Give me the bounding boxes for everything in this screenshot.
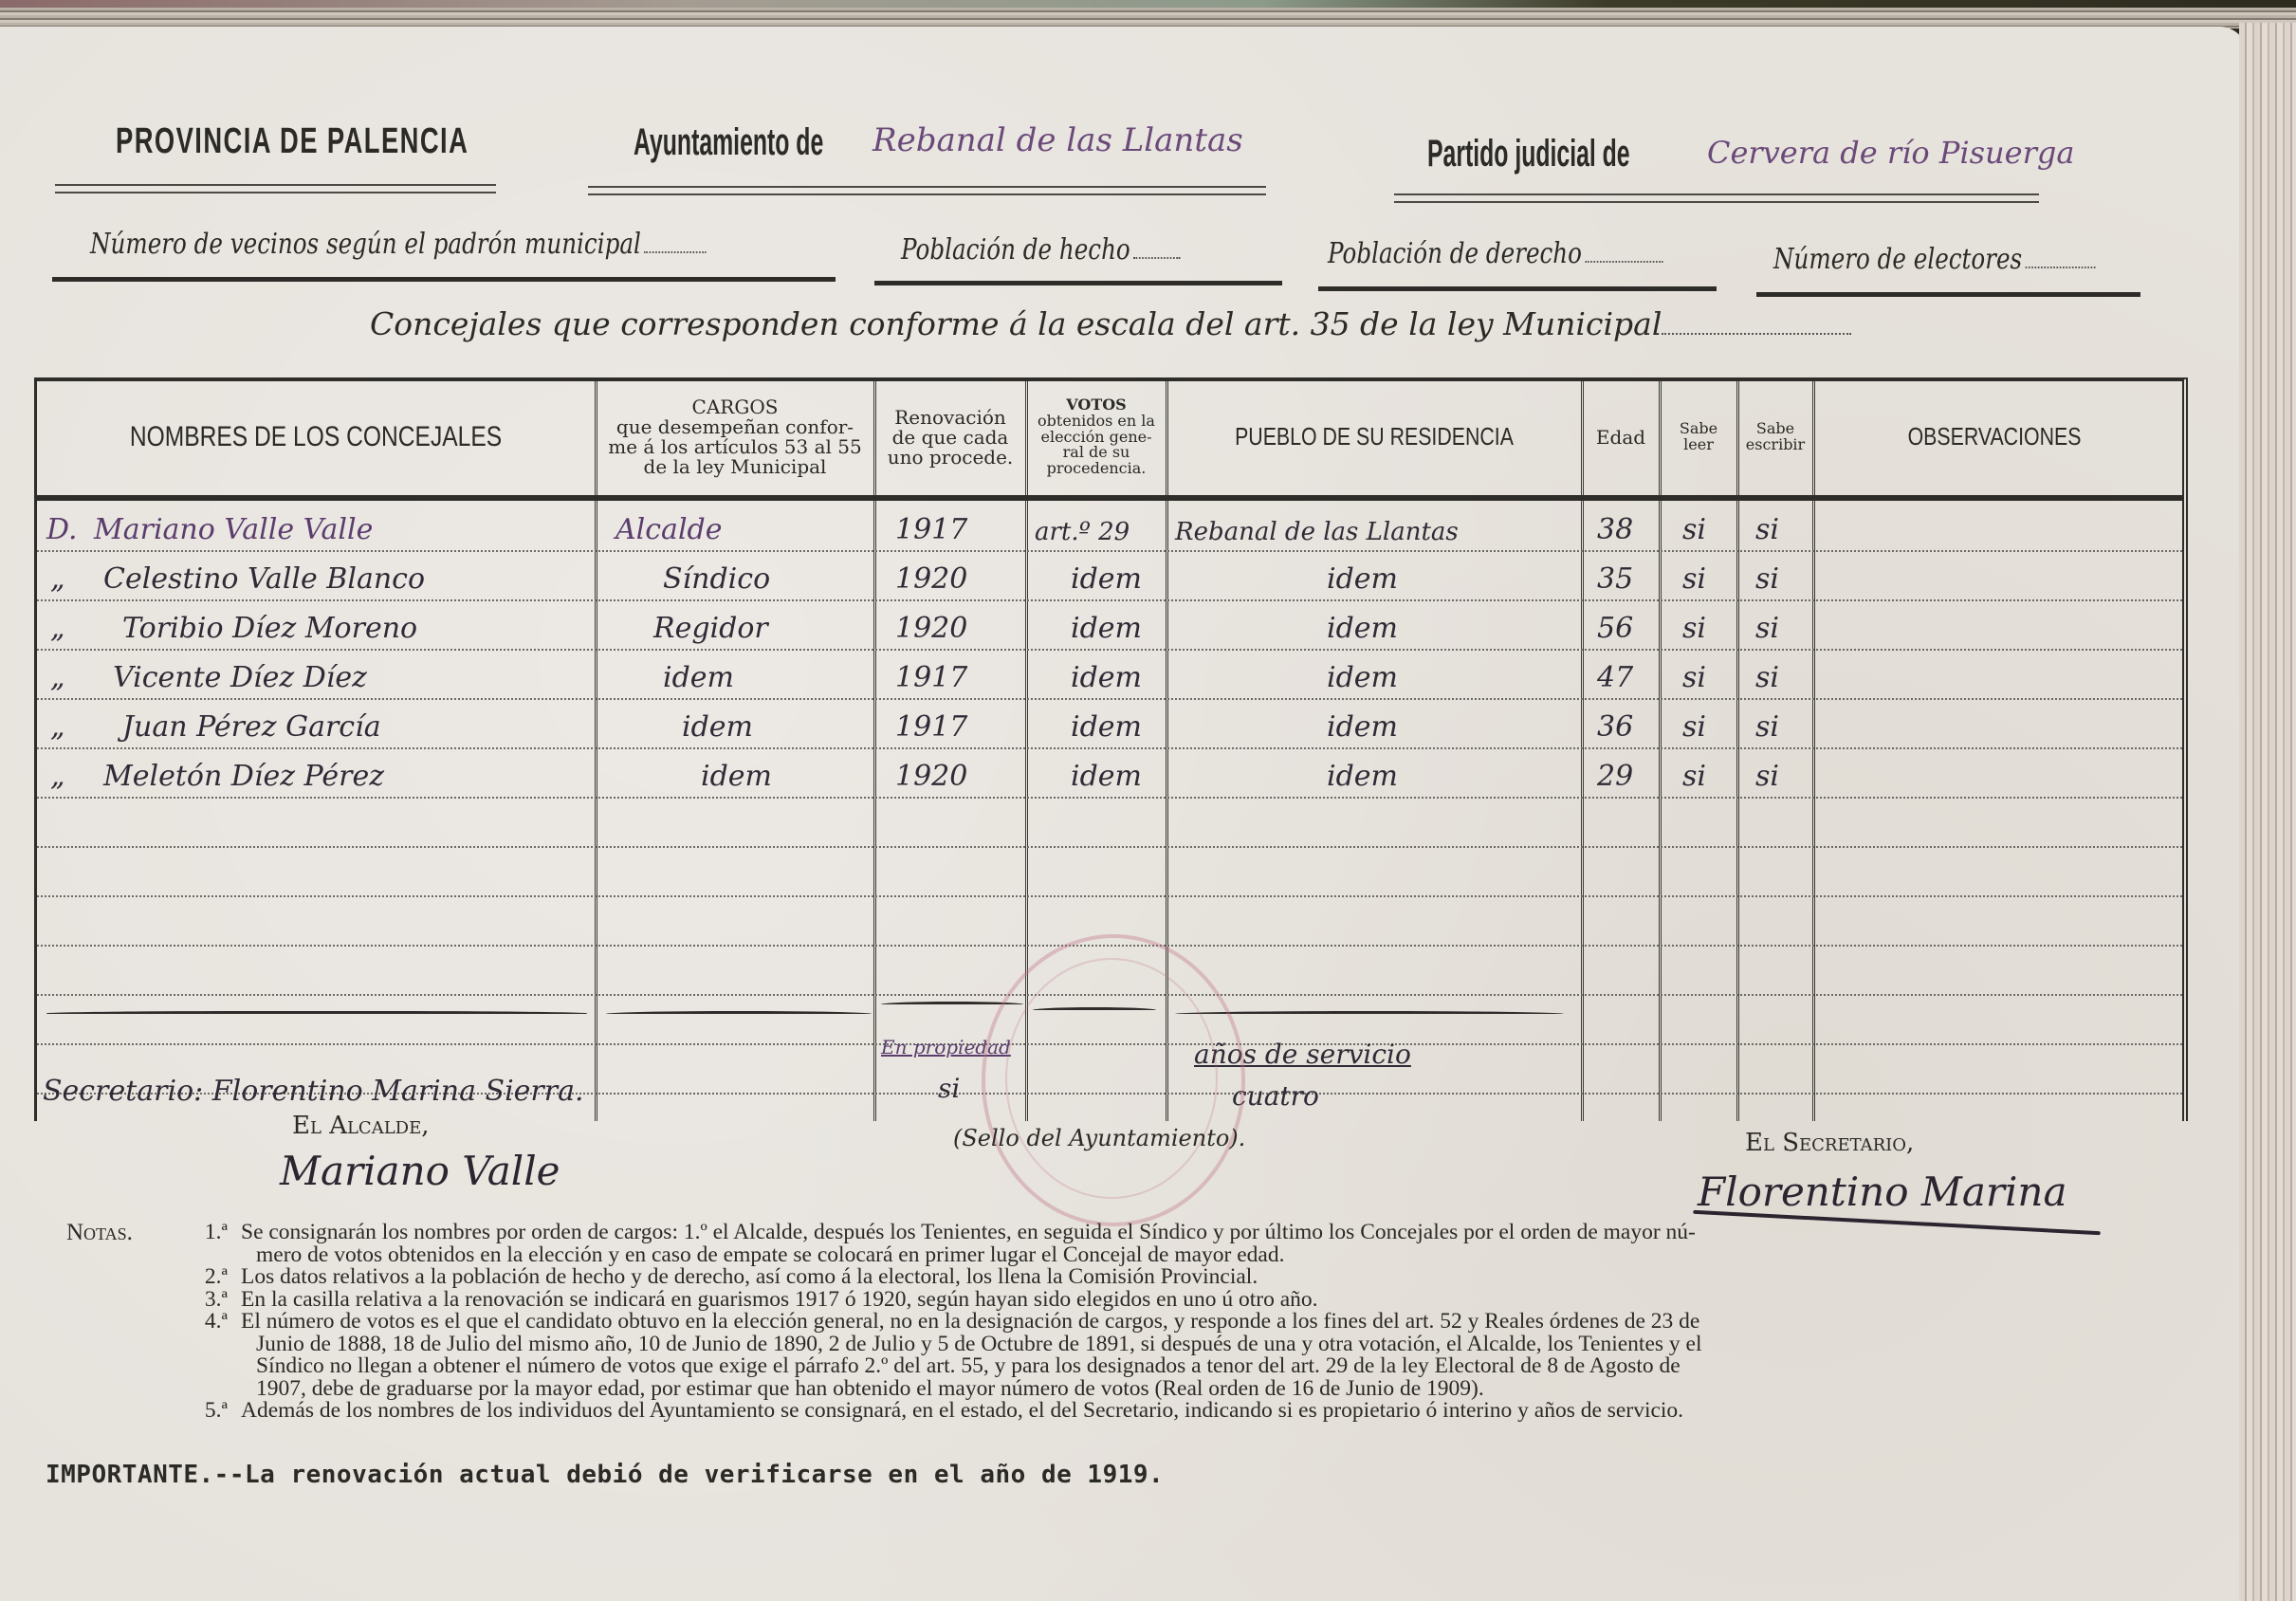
votos: idem: [1071, 651, 1142, 698]
renovacion: 1920: [895, 552, 967, 599]
cargo: idem: [663, 651, 734, 698]
header-observaciones: OBSERVACIONES: [1846, 381, 2142, 493]
pueblo: idem: [1327, 651, 1398, 698]
renovacion: 1917: [895, 503, 967, 550]
header-sabe-escribir: Sabe escribir: [1738, 381, 1812, 493]
secretario-signature: Florentino Marina: [1698, 1169, 2066, 1215]
electores-field: Número de electores: [1773, 243, 2095, 276]
votos: idem: [1071, 700, 1142, 747]
note-1: Notas. 1.ª Se consignarán los nombres po…: [66, 1222, 2172, 1244]
renovacion: 1920: [895, 749, 967, 797]
pueblo: idem: [1327, 601, 1398, 649]
ayuntamiento-label: Ayuntamiento de: [634, 121, 823, 164]
poblacion-hecho-field: Población de hecho: [901, 233, 1180, 267]
note-5: 5.ª Además de los nombres de los individ…: [66, 1400, 2172, 1423]
renovacion: 1920: [895, 601, 967, 649]
divider: [1394, 193, 2039, 203]
note-4: 4.ª El número de votos es el que el cand…: [66, 1311, 2172, 1334]
strike-line: [46, 1011, 587, 1017]
edad: 56: [1597, 601, 1633, 649]
table-row: „ Vicente Díez Díez idem 1917 idem idem …: [37, 651, 2182, 700]
importante-notice: IMPORTANTE.--La renovación actual debió …: [46, 1461, 1164, 1489]
sabe-leer: si: [1682, 651, 1706, 698]
alcalde-label: El Alcalde,: [292, 1112, 430, 1140]
header-votos: VOTOS obtenidos en la elección gene- ral…: [1027, 381, 1166, 493]
table-row-empty: [37, 848, 2182, 897]
table-row: „ Celestino Valle Blanco Síndico 1920 id…: [37, 552, 2182, 601]
divider: [1756, 292, 2140, 297]
sabe-leer: si: [1682, 503, 1706, 550]
votos: idem: [1071, 749, 1142, 797]
divider: [52, 277, 836, 282]
divider: [1318, 286, 1717, 291]
edad: 35: [1597, 552, 1633, 599]
edad: 38: [1597, 503, 1633, 550]
poblacion-derecho-field: Población de derecho: [1328, 237, 1662, 270]
nombre: Meletón Díez Pérez: [103, 749, 384, 797]
nombre: Celestino Valle Blanco: [103, 552, 425, 599]
sabe-escribir: si: [1755, 651, 1779, 698]
concejales-escala: Concejales que corresponden conforme á l…: [370, 305, 1851, 342]
pueblo: idem: [1327, 700, 1398, 747]
sabe-leer: si: [1682, 552, 1706, 599]
page-edges-top: [0, 8, 2296, 28]
strike-line: [1175, 1011, 1564, 1017]
note-2: 2.ª Los datos relativos a la población d…: [66, 1266, 2172, 1289]
divider: [874, 281, 1282, 285]
renovacion: 1917: [895, 651, 967, 698]
edad: 36: [1597, 700, 1633, 747]
header-rule: [37, 495, 2182, 501]
header-sabe-leer: Sabe leer: [1661, 381, 1736, 493]
alcalde-signature: Mariano Valle: [280, 1148, 560, 1194]
cargo: Regidor: [653, 601, 768, 649]
votos: art.º 29: [1035, 503, 1130, 550]
nombre: Toribio Díez Moreno: [122, 601, 417, 649]
sabe-escribir: si: [1755, 552, 1779, 599]
ayuntamiento-value: Rebanal de las Llantas: [872, 121, 1243, 159]
table-row: „ Toribio Díez Moreno Regidor 1920 idem …: [37, 601, 2182, 651]
pueblo: Rebanal de las Llantas: [1175, 503, 1459, 550]
table-row-empty: [37, 799, 2182, 848]
pueblo: idem: [1327, 552, 1398, 599]
sabe-escribir: si: [1755, 749, 1779, 797]
propiedad-value: si: [938, 1060, 960, 1108]
header-pueblo: PUEBLO DE SU RESIDENCIA: [1204, 381, 1544, 493]
note-3: 3.ª En la casilla relativa a la renovaci…: [66, 1289, 2172, 1312]
divider: [588, 186, 1266, 195]
votos: idem: [1071, 601, 1142, 649]
sabe-leer: si: [1682, 700, 1706, 747]
vecinos-field: Número de vecinos según el padrón munici…: [90, 228, 707, 261]
sabe-leer: si: [1682, 749, 1706, 797]
notes-section: Notas. 1.ª Se consignarán los nombres po…: [66, 1222, 2172, 1423]
secretario-label: El Secretario,: [1745, 1129, 1914, 1157]
strike-line: [606, 1011, 872, 1017]
votos: idem: [1071, 552, 1142, 599]
table-row: „ Juan Pérez García idem 1917 idem idem …: [37, 700, 2182, 749]
nombre: Juan Pérez García: [122, 700, 381, 747]
header-cargos: CARGOS que desempeñan confor- me á los a…: [597, 381, 873, 493]
renovacion: 1917: [895, 700, 967, 747]
header-nombres: NOMBRES DE LOS CONCEJALES: [87, 381, 544, 493]
cargo: Alcalde: [615, 503, 723, 550]
sabe-escribir: si: [1755, 503, 1779, 550]
sello-caption: (Sello del Ayuntamiento).: [953, 1125, 1245, 1151]
nombre: Vicente Díez Díez: [113, 651, 367, 698]
pueblo: idem: [1327, 749, 1398, 797]
cargo: Síndico: [663, 552, 770, 599]
partido-value: Cervera de río Pisuerga: [1707, 135, 2074, 171]
edad: 47: [1597, 651, 1633, 698]
header-edad: Edad: [1583, 381, 1659, 493]
table-row: D. Mariano Valle Valle Alcalde 1917 art.…: [37, 503, 2182, 552]
edad: 29: [1597, 749, 1633, 797]
ayuntamiento-seal-inner: [1005, 958, 1218, 1199]
header-renovacion: Renovación de que cada uno procede.: [875, 381, 1025, 493]
page-edges-right: [2239, 23, 2296, 1601]
table-row: „ Meletón Díez Pérez idem 1920 idem idem…: [37, 749, 2182, 799]
sabe-escribir: si: [1755, 700, 1779, 747]
cargo: idem: [682, 700, 753, 747]
cargo: idem: [701, 749, 772, 797]
partido-label: Partido judicial de: [1427, 133, 1630, 175]
nombre: Mariano Valle Valle: [94, 503, 373, 550]
secretario-nombre: Secretario: Florentino Marina Sierra.: [43, 1064, 584, 1112]
sabe-leer: si: [1682, 601, 1706, 649]
divider: [55, 184, 496, 193]
sabe-escribir: si: [1755, 601, 1779, 649]
provincia-title: PROVINCIA DE PALENCIA: [116, 121, 468, 162]
